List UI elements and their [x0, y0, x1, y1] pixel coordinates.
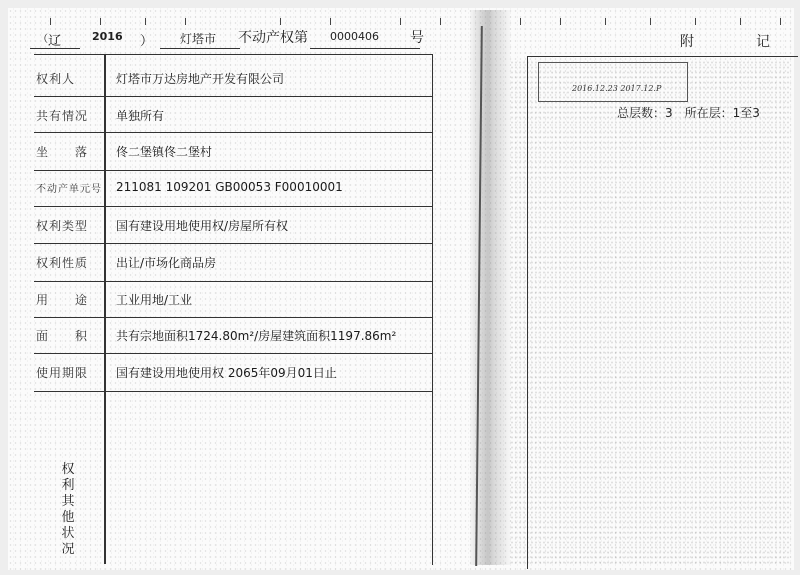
field-label: 用 途 — [36, 291, 102, 308]
field-label: 使用期限 — [36, 364, 102, 381]
field-value: 211081 109201 GB00053 F00010001 — [116, 180, 343, 194]
table-row: 权利性质出让/市场化商品房 — [34, 243, 432, 282]
floors-info: 总层数：3 所在层：1至3 — [617, 104, 760, 121]
field-value: 工业用地/工业 — [116, 291, 192, 308]
registration-stamp — [538, 62, 688, 102]
table-row: 用 途工业用地/工业 — [34, 281, 432, 318]
table-row: 权利类型国有建设用地使用权/房屋所有权 — [34, 206, 432, 244]
field-value: 单独所有 — [116, 107, 164, 124]
other-rights-label: 权利其他状况 — [61, 462, 75, 558]
table-row: 共有情况单独所有 — [34, 98, 432, 133]
field-label: 共有情况 — [36, 107, 102, 124]
field-label: 坐 落 — [36, 143, 102, 160]
annex-box — [527, 56, 798, 569]
field-label: 权利人 — [36, 70, 102, 87]
cert-title-text: 不动产权第 — [238, 27, 308, 47]
field-value: 佟二堡镇佟二堡村 — [116, 143, 212, 160]
table-row: 不动产单元号211081 109201 GB00053 F00010001 — [34, 170, 432, 207]
cert-number: 0000406 — [330, 30, 379, 43]
certificate-header: （ 辽 2016 ） 灯塔市 不动产权第 0000406 号 — [30, 24, 480, 52]
field-value: 国有建设用地使用权 2065年09月01日止 — [116, 364, 337, 381]
table-row: 使用期限国有建设用地使用权 2065年09月01日止 — [34, 353, 432, 392]
field-label: 权利性质 — [36, 254, 102, 271]
stamp-handwriting: 2016.12.23 2017.12.P — [572, 84, 661, 93]
table-row: 坐 落佟二堡镇佟二堡村 — [34, 132, 432, 171]
table-row: 面 积共有宗地面积1724.80m²/房屋建筑面积1197.86m² — [34, 317, 432, 354]
cert-city: 灯塔市 — [180, 30, 216, 47]
province-abbr: 辽 — [48, 30, 61, 49]
annex-title: 附 记 — [680, 31, 794, 51]
cert-year: 2016 — [92, 30, 123, 43]
table-row: 权利人灯塔市万达房地产开发有限公司 — [34, 60, 432, 97]
field-label: 权利类型 — [36, 217, 102, 234]
field-value: 国有建设用地使用权/房屋所有权 — [116, 217, 288, 234]
field-label: 不动产单元号 — [36, 180, 102, 195]
cert-number-suffix: 号 — [410, 27, 424, 47]
field-value: 共有宗地面积1724.80m²/房屋建筑面积1197.86m² — [116, 327, 396, 344]
field-value: 灯塔市万达房地产开发有限公司 — [116, 70, 284, 87]
field-value: 出让/市场化商品房 — [116, 254, 216, 271]
field-label: 面 积 — [36, 327, 102, 344]
